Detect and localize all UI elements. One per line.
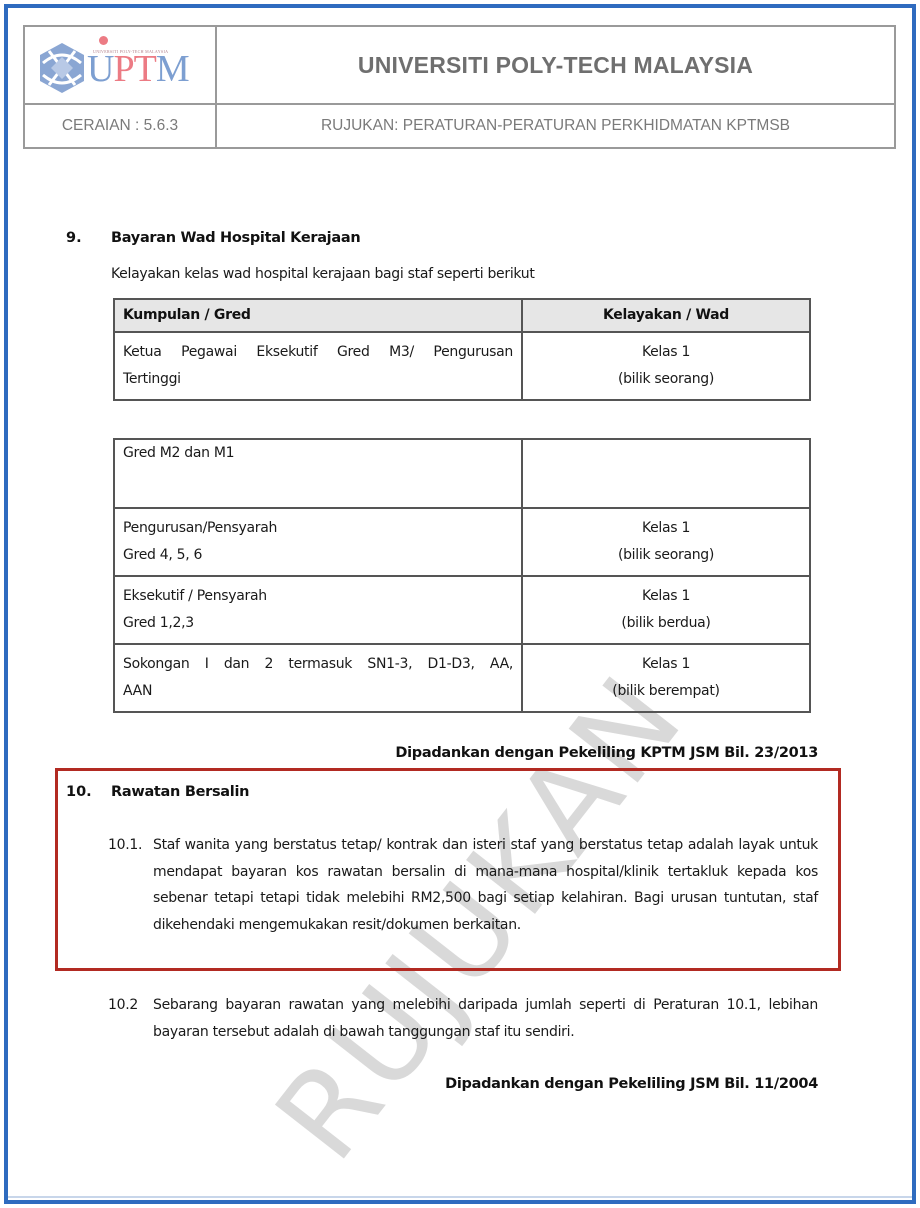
group-cell: Eksekutif / Pensyarah Gred 1,2,3 [114,576,522,644]
section-10-title: Rawatan Bersalin [111,784,249,800]
item-10-2-number: 10.2 [108,997,138,1013]
entitlement-cell: Kelas 1 (bilik berempat) [522,644,810,712]
logo-wordmark: UPTM [87,49,189,89]
table-row: Gred M2 dan M1 [114,439,810,508]
ceraian-cell: CERAIAN : 5.6.3 [25,105,217,147]
table-row: Pengurusan/Pensyarah Gred 4, 5, 6 Kelas … [114,508,810,576]
section-9-number: 9. [66,230,82,246]
entitlement-cell: Kelas 1 (bilik berdua) [522,576,810,644]
entitlement-cell [522,439,810,508]
group-cell: Ketua Pegawai Eksekutif Gred M3/ Penguru… [114,332,522,400]
table-header-row: Kumpulan / Gred Kelayakan / Wad [114,299,810,332]
section-9-reference: Dipadankan dengan Pekeliling KPTM JSM Bi… [395,745,818,761]
ward-table-1: Kumpulan / Gred Kelayakan / Wad Ketua Pe… [113,298,811,401]
section-10-number: 10. [66,784,92,800]
rujukan-cell: RUJUKAN: PERATURAN-PERATURAN PERKHIDMATA… [217,105,894,147]
group-cell: Pengurusan/Pensyarah Gred 4, 5, 6 [114,508,522,576]
frame-shadow [8,1196,912,1198]
item-10-1-text: Staf wanita yang berstatus tetap/ kontra… [153,832,818,938]
table-row: Ketua Pegawai Eksekutif Gred M3/ Penguru… [114,332,810,400]
section-10-reference: Dipadankan dengan Pekeliling JSM Bil. 11… [445,1076,818,1092]
document-header: UNIVERSITI POLY-TECH MALAYSIA UPTM UNIVE… [23,25,896,149]
column-header-entitlement: Kelayakan / Wad [522,299,810,332]
header-title-cell: UNIVERSITI POLY-TECH MALAYSIA [217,27,894,105]
hexagon-globe-logo-icon [35,41,89,95]
table-row: Sokongan I dan 2 termasuk SN1-3, D1-D3, … [114,644,810,712]
logo-cell: UNIVERSITI POLY-TECH MALAYSIA UPTM [25,27,217,105]
group-cell: Gred M2 dan M1 [114,439,522,508]
table-row: Eksekutif / Pensyarah Gred 1,2,3 Kelas 1… [114,576,810,644]
ceraian-label: CERAIAN : 5.6.3 [62,117,178,135]
column-header-group: Kumpulan / Gred [114,299,522,332]
rujukan-label: RUJUKAN: PERATURAN-PERATURAN PERKHIDMATA… [321,117,790,135]
entitlement-cell: Kelas 1 (bilik seorang) [522,508,810,576]
uptm-logo: UNIVERSITI POLY-TECH MALAYSIA UPTM [35,35,210,97]
entitlement-cell: Kelas 1 (bilik seorang) [522,332,810,400]
section-9-intro: Kelayakan kelas wad hospital kerajaan ba… [111,266,535,282]
item-10-1-number: 10.1. [108,837,142,853]
logo-dot-icon [99,36,108,45]
ward-table-2: Gred M2 dan M1 Pengurusan/Pensyarah Gred… [113,438,811,713]
university-title: UNIVERSITI POLY-TECH MALAYSIA [358,52,753,79]
section-9-title: Bayaran Wad Hospital Kerajaan [111,230,360,246]
item-10-2-text: Sebarang bayaran rawatan yang melebihi d… [153,992,818,1045]
group-cell: Sokongan I dan 2 termasuk SN1-3, D1-D3, … [114,644,522,712]
